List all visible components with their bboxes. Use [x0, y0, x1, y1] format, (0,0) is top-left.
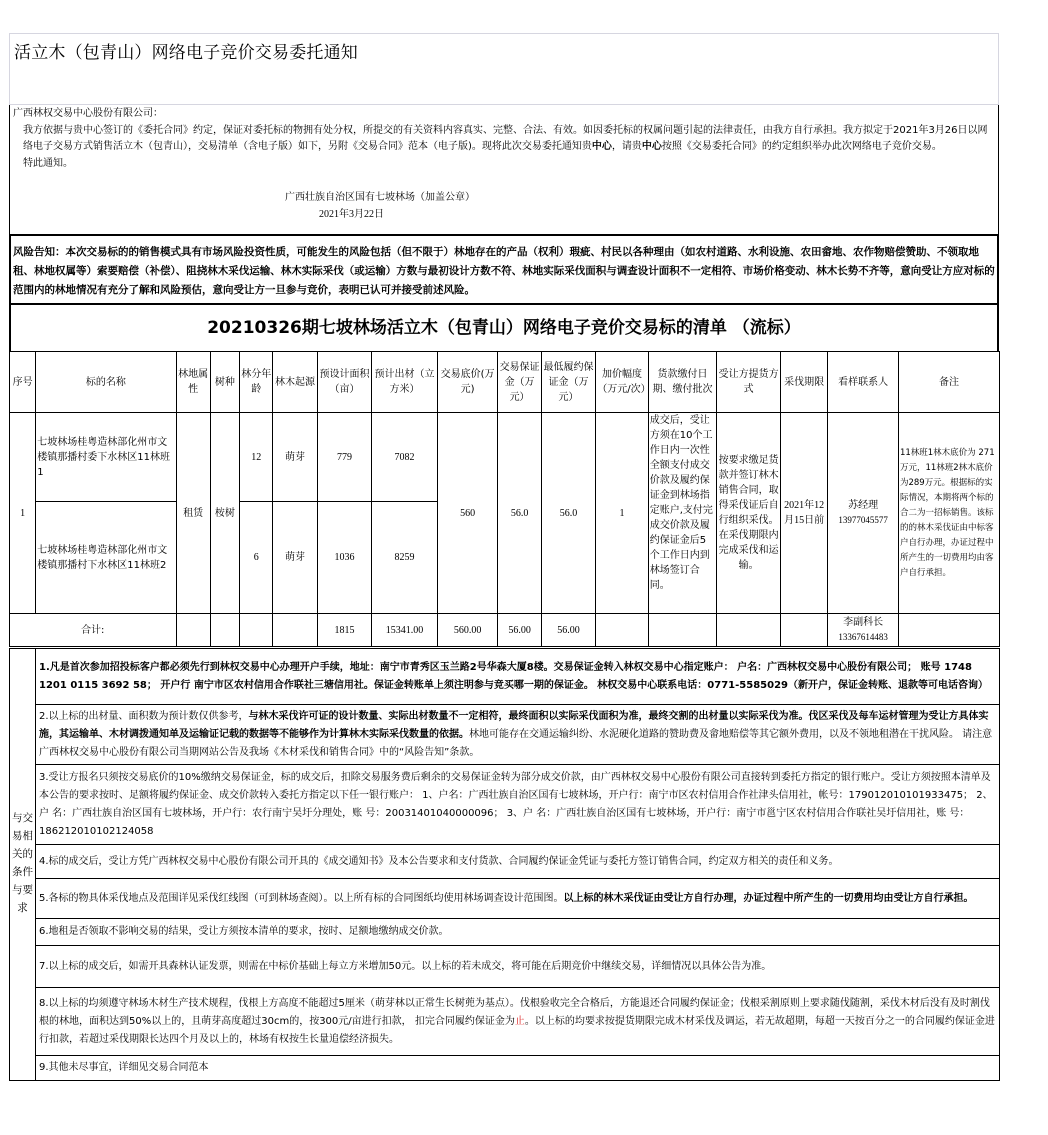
cell-origin: 萌芽: [273, 413, 317, 502]
cell-origin: 萌芽: [273, 502, 317, 614]
requirements-side-label: 与交易相关的条件与要求: [10, 649, 36, 1081]
table-row: 1 七坡林场桂粤造林部化州市文楼镇那播村委下水林区11林班1 租赁 桉树 12 …: [10, 413, 1000, 502]
letter-addressee: 广西林权交易中心股份有限公司：: [13, 106, 995, 123]
commission-letter: 广西林权交易中心股份有限公司： 我方依据与贵中心签订的《委托合同》约定，保证对委…: [9, 105, 999, 235]
page-title: 活立木（包青山）网络电子竞价交易委托通知: [14, 38, 358, 63]
requirement-item: 3.受让方报名只须按交易底价的10%缴纳交易保证金，标的成交后，扣除交易服务费后…: [10, 765, 1000, 845]
cell-deposit: 56.0: [498, 413, 541, 614]
col-land-type: 林地属性: [176, 352, 210, 413]
col-pickup: 受让方提货方式: [717, 352, 781, 413]
total-perf-deposit: 56.00: [541, 614, 595, 647]
letter-signatory: 广西壮族自治区国有七坡林场（加盖公章）: [285, 190, 475, 207]
cell-area: 779: [317, 413, 371, 502]
requirement-item: 7.以上标的成交后，如需开具森林认证发票，则需在中标价基础上每立方米增加50元。…: [10, 946, 1000, 988]
requirement-6: 6.地租是否领取不影响交易的结果，受让方须按本清单的要求，按时、足额地缴纳成交价…: [36, 919, 1000, 946]
contact-phone: 13977045577: [829, 513, 897, 528]
col-volume: 预计出材（立方米）: [372, 352, 438, 413]
col-seq: 序号: [10, 352, 36, 413]
cell-area: 1036: [317, 502, 371, 614]
total-contact: 李副科长 13367614483: [828, 614, 899, 647]
cell-cutting-period: 2021年12月15日前: [780, 413, 827, 614]
cell-name: 七坡林场桂粤造林部化州市文楼镇那播村下水林区11林班2: [36, 502, 176, 614]
col-payment: 货款缴付日期、缴付批次: [648, 352, 717, 413]
list-title: 20210326期七坡林场活立木（包青山）网络电子竞价交易标的清单 （流标）: [9, 305, 999, 352]
total-base-price: 560.00: [437, 614, 498, 647]
col-species: 树种: [210, 352, 239, 413]
requirement-3: 3.受让方报名只须按交易底价的10%缴纳交易保证金，标的成交后，扣除交易服务费后…: [36, 765, 1000, 845]
col-age: 林分年龄: [240, 352, 273, 413]
cell-age: 12: [240, 413, 273, 502]
col-perf-deposit: 最低履约保证金（万元）: [541, 352, 595, 413]
col-name: 标的名称: [36, 352, 176, 413]
cell-remark: 11林班1林木底价为 271万元，11林班2林木底价为289万元。根据标的实际情…: [898, 413, 999, 614]
requirement-4: 4.标的成交后，受让方凭广西林权交易中心股份有限公司开具的《成交通知书》及本公告…: [36, 845, 1000, 879]
cell-pickup: 按要求缴足货款并签订林木销售合同，取得采伐证后自行组织采伐。在采伐期限内完成采伐…: [717, 413, 781, 614]
cell-seq: 1: [10, 413, 36, 614]
cell-payment: 成交后，受让方须在10个工作日内一次性全额支付成交价款及履约保证金到林场指定账户…: [648, 413, 717, 614]
requirement-item: 与交易相关的条件与要求 1.凡是首次参加招投标客户都必须先行到林权交易中心办理开…: [10, 649, 1000, 705]
col-area: 预设计面积（亩）: [317, 352, 371, 413]
col-remark: 备注: [898, 352, 999, 413]
total-contact-phone: 13367614483: [829, 630, 897, 645]
table-total-row: 合计: 1815 15341.00 560.00 56.00 56.00 李副科…: [10, 614, 1000, 647]
requirement-item: 8.以上标的均须遵守林场木材生产技术规程，伐根上方高度不能超过5厘米（萌芽林以正…: [10, 988, 1000, 1056]
risk-notice: 风险告知：本次交易标的的销售模式具有市场风险投资性质，可能发生的风险包括（但不限…: [9, 234, 999, 305]
col-contact: 看样联系人: [828, 352, 899, 413]
cell-volume: 7082: [372, 413, 438, 502]
requirement-8: 8.以上标的均须遵守林场木材生产技术规程，伐根上方高度不能超过5厘米（萌芽林以正…: [36, 988, 1000, 1056]
cell-perf-deposit: 56.0: [541, 413, 595, 614]
col-deposit: 交易保证金（万元）: [498, 352, 541, 413]
cell-name: 七坡林场桂粤造林部化州市文楼镇那播村委下水林区11林班1: [36, 413, 176, 502]
requirement-5: 5.各标的物具体采伐地点及范围详见采伐红线图（可到林场查阅）。以上所有标的合同图…: [36, 879, 1000, 919]
notice-title-box: 活立木（包青山）网络电子竞价交易委托通知: [9, 33, 999, 105]
col-origin: 林木起源: [273, 352, 317, 413]
letter-closing: 特此通知。: [13, 156, 995, 173]
contact-name: 苏经理: [829, 498, 897, 513]
requirement-item: 6.地租是否领取不影响交易的结果，受让方须按本清单的要求，按时、足额地缴纳成交价…: [10, 919, 1000, 946]
requirement-2: 2.以上标的出材量、面积数为预计数仅供参考，与林木采伐许可证的设计数量、实际出材…: [36, 705, 1000, 765]
requirements-table: 与交易相关的条件与要求 1.凡是首次参加招投标客户都必须先行到林权交易中心办理开…: [9, 648, 1000, 1081]
requirement-item: 5.各标的物具体采伐地点及范围详见采伐红线图（可到林场查阅）。以上所有标的合同图…: [10, 879, 1000, 919]
cell-volume: 8259: [372, 502, 438, 614]
table-header-row: 序号 标的名称 林地属性 树种 林分年龄 林木起源 预设计面积（亩） 预计出材（…: [10, 352, 1000, 413]
requirement-item: 4.标的成交后，受让方凭广西林权交易中心股份有限公司开具的《成交通知书》及本公告…: [10, 845, 1000, 879]
bid-items-table: 序号 标的名称 林地属性 树种 林分年龄 林木起源 预设计面积（亩） 预计出材（…: [9, 351, 1000, 647]
total-volume: 15341.00: [372, 614, 438, 647]
cell-increment: 1: [596, 413, 648, 614]
requirement-item: 2.以上标的出材量、面积数为预计数仅供参考，与林木采伐许可证的设计数量、实际出材…: [10, 705, 1000, 765]
total-deposit: 56.00: [498, 614, 541, 647]
cell-base-price: 560: [437, 413, 498, 614]
cell-contact: 苏经理 13977045577: [828, 413, 899, 614]
cell-age: 6: [240, 502, 273, 614]
total-label: 合计:: [10, 614, 177, 647]
col-increment: 加价幅度（万元/次）: [596, 352, 648, 413]
letter-date: 2021年3月22日: [319, 207, 384, 224]
total-area: 1815: [317, 614, 371, 647]
letter-body: 我方依据与贵中心签订的《委托合同》约定，保证对委托标的物拥有处分权，所提交的有关…: [13, 123, 995, 156]
cell-species: 桉树: [210, 413, 239, 614]
requirement-9: 9.其他未尽事宜，详细见交易合同范本: [36, 1056, 1000, 1081]
total-contact-name: 李副科长: [829, 615, 897, 630]
col-cutting-period: 采伐期限: [780, 352, 827, 413]
requirement-item: 9.其他未尽事宜，详细见交易合同范本: [10, 1056, 1000, 1081]
requirement-1: 1.凡是首次参加招投标客户都必须先行到林权交易中心办理开户手续，地址：南宁市青秀…: [36, 649, 1000, 705]
col-base-price: 交易底价(万元): [437, 352, 498, 413]
requirement-7: 7.以上标的成交后，如需开具森林认证发票，则需在中标价基础上每立方米增加50元。…: [36, 946, 1000, 988]
cell-land-type: 租赁: [176, 413, 210, 614]
